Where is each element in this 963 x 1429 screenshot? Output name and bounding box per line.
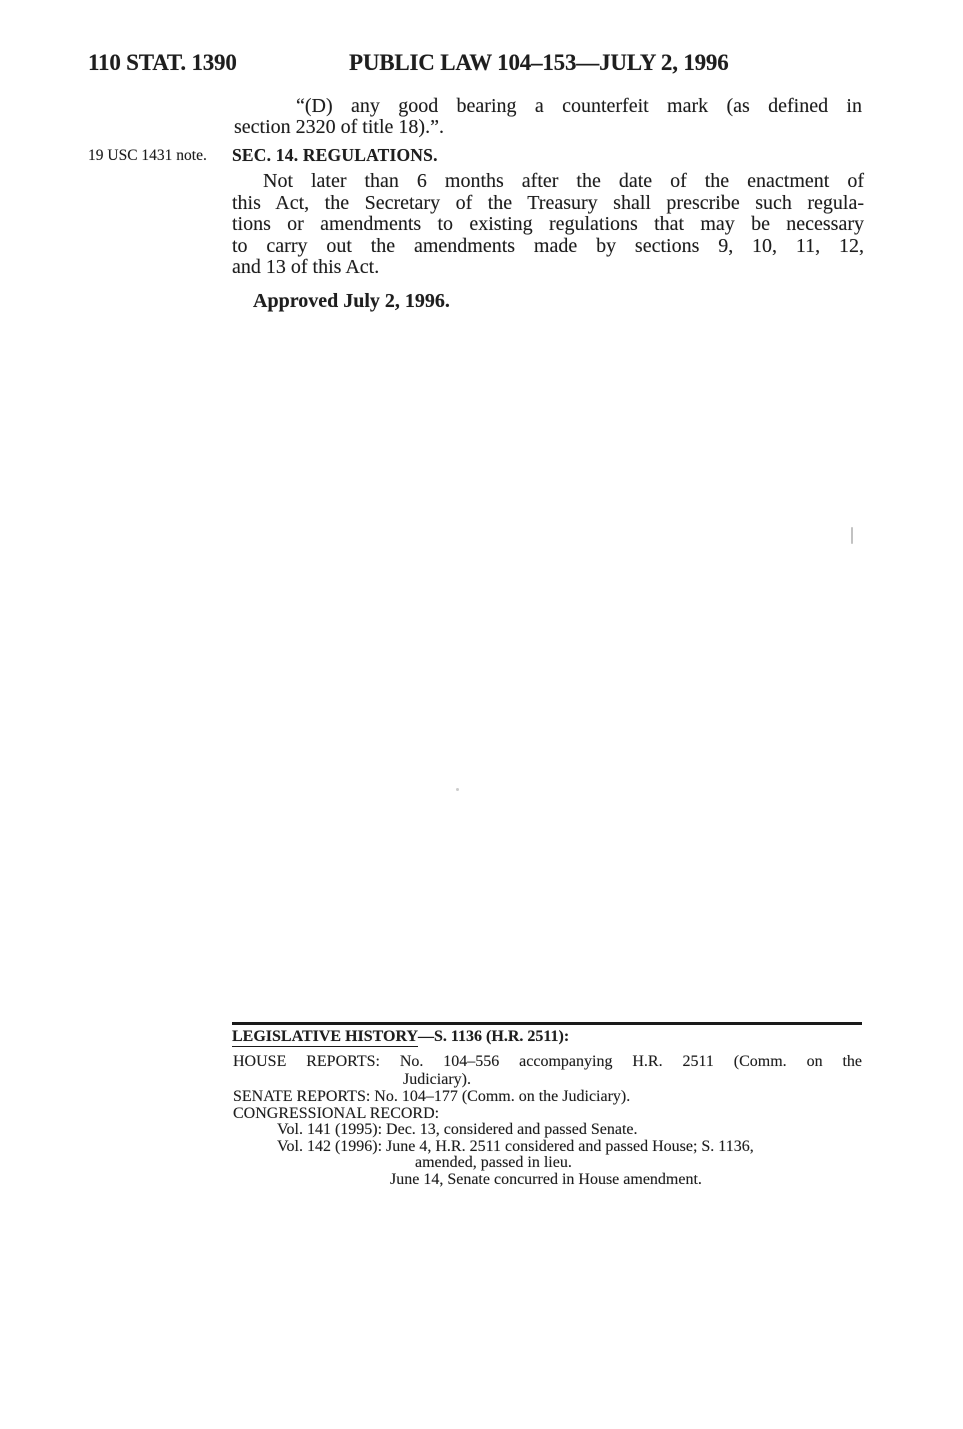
section-14-body-line: tions or amendments to existing regulati… xyxy=(232,214,864,235)
amendment-clause-line-1: “(D) any good bearing a counterfeit mark… xyxy=(296,96,862,117)
legislative-history-heading-underlined: LEGISLATIVE HISTORY xyxy=(232,1028,418,1047)
senate-reports-line: SENATE REPORTS: No. 104–177 (Comm. on th… xyxy=(233,1089,630,1106)
congressional-record-vol-142-continued: amended, passed in lieu. xyxy=(415,1155,572,1172)
congressional-record-june-14: June 14, Senate concurred in House amend… xyxy=(390,1172,702,1189)
legislative-history-heading: LEGISLATIVE HISTORY—S. 1136 (H.R. 2511): xyxy=(232,1029,569,1046)
public-law-header: PUBLIC LAW 104–153—JULY 2, 1996 xyxy=(349,51,729,75)
congressional-record-vol-141: Vol. 141 (1995): Dec. 13, considered and… xyxy=(277,1122,638,1139)
house-reports-line-2: Judiciary). xyxy=(403,1072,471,1089)
legislative-history-heading-rest: —S. 1136 (H.R. 2511): xyxy=(418,1028,569,1045)
section-14-heading: SEC. 14. REGULATIONS. xyxy=(232,146,438,164)
amendment-clause-line-2: section 2320 of title 18).”. xyxy=(234,117,444,138)
scan-artifact-mark xyxy=(851,527,853,544)
usc-margin-note: 19 USC 1431 note. xyxy=(88,147,218,164)
stat-page-number: 110 STAT. 1390 xyxy=(88,51,237,75)
legislative-history-rule xyxy=(232,1022,862,1025)
section-14-body-line: this Act, the Secretary of the Treasury … xyxy=(232,193,864,214)
section-14-body-line: and 13 of this Act. xyxy=(232,257,379,278)
section-14-body-line: Not later than 6 months after the date o… xyxy=(263,171,864,192)
section-14-body-line: to carry out the amendments made by sect… xyxy=(232,236,864,257)
scan-artifact-speck xyxy=(456,788,459,791)
statute-page: 110 STAT. 1390 PUBLIC LAW 104–153—JULY 2… xyxy=(0,0,963,1429)
house-reports-line-1: HOUSE REPORTS: No. 104–556 accompanying … xyxy=(233,1054,862,1071)
approval-date-line: Approved July 2, 1996. xyxy=(253,291,450,312)
